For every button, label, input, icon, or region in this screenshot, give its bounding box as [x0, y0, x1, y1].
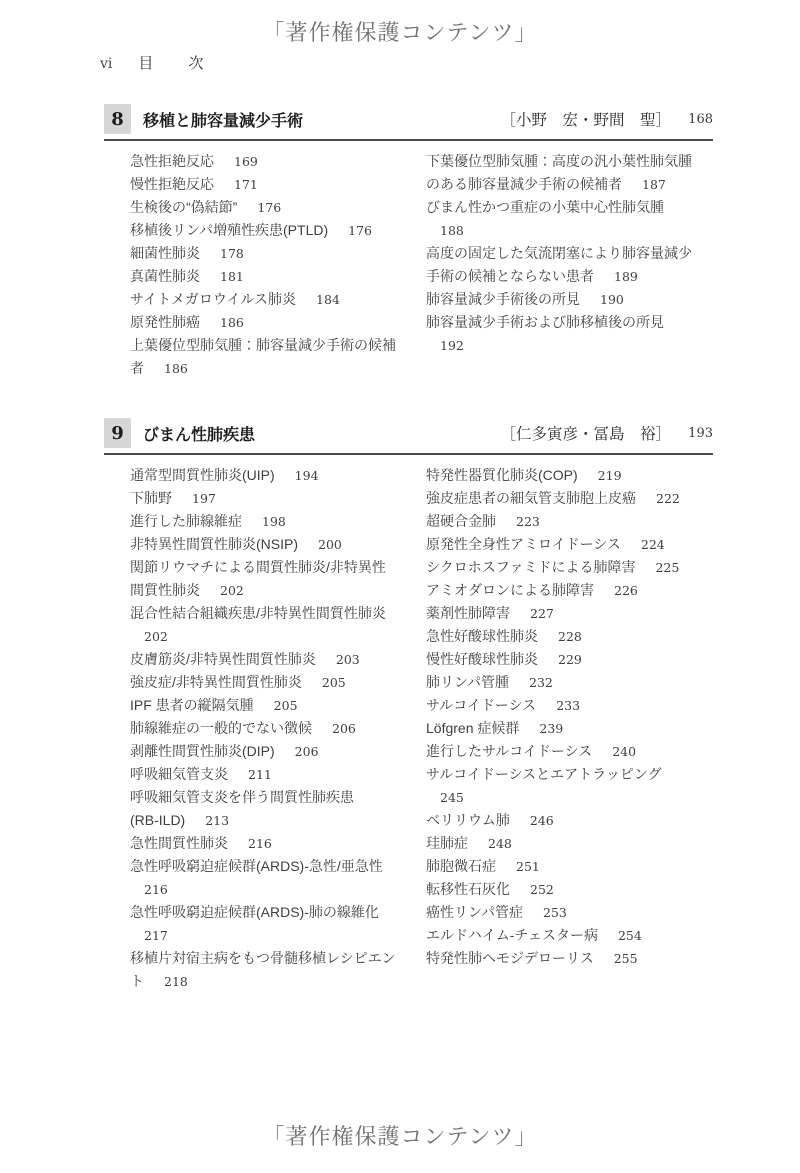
entry-title: 真菌性肺炎	[130, 268, 200, 284]
entry-page-number: 206	[332, 721, 356, 736]
entry-title: ト	[130, 973, 144, 989]
toc-entry: 強皮症患者の細気管支肺胞上皮癌222	[426, 487, 713, 510]
toc-entry: 癌性リンパ管症253	[426, 901, 713, 924]
entry-page-number: 202	[220, 583, 244, 598]
toc-entry: サイトメガロウイルス肺炎184	[130, 288, 420, 311]
entry-page-number: 218	[164, 974, 188, 989]
toc-entry: 混合性結合組織疾患/非特異性間質性肺炎	[130, 602, 420, 625]
entry-page-number: 203	[336, 652, 360, 667]
entry-title: びまん性かつ重症の小葉中心性肺気腫	[426, 199, 664, 215]
toc-entry: 202	[130, 625, 420, 648]
entry-page-number: 245	[440, 790, 464, 805]
toc-entry: Löfgren 症候群239	[426, 717, 713, 740]
entry-title: 高度の固定した気流閉塞により肺容量減少	[426, 245, 692, 261]
entry-page-number: 226	[614, 583, 638, 598]
entry-title: 肺容量減少手術後の所見	[426, 291, 580, 307]
entry-page-number: 200	[318, 537, 342, 552]
entry-page-number: 228	[558, 629, 582, 644]
entry-page-number: 176	[257, 200, 281, 215]
toc-entry: 慢性拒絶反応171	[130, 173, 420, 196]
toc-entry: 進行したサルコイドーシス240	[426, 740, 713, 763]
entry-title: 転移性石灰化	[426, 881, 510, 897]
toc-entry: 肺リンパ管腫232	[426, 671, 713, 694]
entry-page-number: 202	[144, 629, 168, 644]
entry-page-number: 178	[220, 246, 244, 261]
entry-title: 通常型間質性肺炎(UIP)	[130, 467, 275, 483]
toc-entry: 薬剤性肺障害227	[426, 602, 713, 625]
entry-title: アミオダロンによる肺障害	[426, 582, 594, 598]
toc-entry: 原発性肺癌186	[130, 311, 420, 334]
toc-entry: のある肺容量減少手術の候補者187	[426, 173, 713, 196]
entry-title: 者	[130, 360, 144, 376]
toc-entry: 移植後リンパ増殖性疾患(PTLD)176	[130, 219, 420, 242]
toc-entry: 下肺野197	[130, 487, 420, 510]
entry-title: 移植片対宿主病をもつ骨髄移植レシピエン	[130, 950, 396, 966]
toc-entry: 細菌性肺炎178	[130, 242, 420, 265]
entry-title: 進行した肺線維症	[130, 513, 242, 529]
entry-title: 薬剤性肺障害	[426, 605, 510, 621]
section-title: 移植と肺容量減少手術	[143, 108, 500, 131]
entry-page-number: 171	[234, 177, 258, 192]
entry-page-number: 251	[516, 859, 540, 874]
entry-title: 移植後リンパ増殖性疾患(PTLD)	[130, 222, 328, 238]
entry-page-number: 216	[144, 882, 168, 897]
toc-section: 8移植と肺容量減少手術［小野 宏・野間 聖］168急性拒絶反応169慢性拒絶反応…	[104, 104, 713, 380]
toc-entry: サルコイドーシス233	[426, 694, 713, 717]
entry-page-number: 186	[164, 361, 188, 376]
toc-entry: 者186	[130, 357, 420, 380]
entry-title: 呼吸細気管支炎	[130, 766, 228, 782]
entry-title: 間質性肺炎	[130, 582, 200, 598]
entry-page-number: 222	[656, 491, 680, 506]
entry-title: 肺胞微石症	[426, 858, 496, 874]
entry-title: 急性好酸球性肺炎	[426, 628, 538, 644]
section-columns: 通常型間質性肺炎(UIP)194下肺野197進行した肺線維症198非特異性間質性…	[104, 464, 713, 993]
toc-entry: 強皮症/非特異性間質性肺炎205	[130, 671, 420, 694]
toc-entry: 進行した肺線維症198	[130, 510, 420, 533]
entry-column-right: 下葉優位型肺気腫：高度の汎小葉性肺気腫のある肺容量減少手術の候補者187びまん性…	[426, 150, 713, 357]
entry-page-number: 176	[348, 223, 372, 238]
entry-title: 下肺野	[130, 490, 172, 506]
toc-entry: 188	[426, 219, 713, 242]
entry-title: サルコイドーシス	[426, 697, 536, 713]
entry-page-number: 224	[641, 537, 665, 552]
toc-entry: シクロホスファミドによる肺障害225	[426, 556, 713, 579]
entry-page-number: 189	[614, 269, 638, 284]
copyright-watermark-bottom: 「著作権保護コンテンツ」	[0, 1120, 800, 1151]
running-head: vi 目 次	[100, 52, 213, 73]
toc-entry: 呼吸細気管支炎211	[130, 763, 420, 786]
toc-entry: 生検後の“偽結節”176	[130, 196, 420, 219]
section-title: びまん性肺疾患	[143, 422, 500, 445]
entry-title: 呼吸細気管支炎を伴う間質性肺疾患	[130, 789, 354, 805]
toc-entry: サルコイドーシスとエアトラッピング	[426, 763, 713, 786]
toc-entry: 真菌性肺炎181	[130, 265, 420, 288]
entry-page-number: 223	[516, 514, 540, 529]
toc-entry: 通常型間質性肺炎(UIP)194	[130, 464, 420, 487]
entry-title: 慢性拒絶反応	[130, 176, 214, 192]
entry-title: 関節リウマチによる間質性肺炎/非特異性	[130, 559, 386, 575]
entry-page-number: 229	[558, 652, 582, 667]
toc-entry: 急性拒絶反応169	[130, 150, 420, 173]
entry-title: 強皮症/非特異性間質性肺炎	[130, 674, 302, 690]
toc-heading: 目 次	[138, 52, 213, 73]
entry-title: シクロホスファミドによる肺障害	[426, 559, 635, 575]
entry-page-number: 225	[655, 560, 679, 575]
entry-title: 珪肺症	[426, 835, 468, 851]
copyright-watermark-top: 「著作権保護コンテンツ」	[0, 16, 800, 47]
entry-page-number: 188	[440, 223, 464, 238]
toc-entry: 217	[130, 924, 420, 947]
toc-entry: 急性呼吸窮迫症候群(ARDS)-肺の線維化	[130, 901, 420, 924]
folio-number: vi	[100, 56, 112, 72]
entry-title: (RB-ILD)	[130, 812, 185, 828]
entry-title: ベリリウム肺	[426, 812, 510, 828]
section-start-page: 168	[671, 112, 713, 127]
entry-page-number: 233	[556, 698, 580, 713]
entry-page-number: 169	[234, 154, 258, 169]
toc-entry: エルドハイム-チェスター病254	[426, 924, 713, 947]
entry-page-number: 219	[598, 468, 622, 483]
section-header: 9びまん性肺疾患［仁多寅彦・冨島 裕］193	[104, 418, 713, 455]
entry-title: 生検後の“偽結節”	[130, 199, 237, 215]
toc-entry: 特発性器質化肺炎(COP)219	[426, 464, 713, 487]
entry-title: サイトメガロウイルス肺炎	[130, 291, 296, 307]
toc-entry: 非特異性間質性肺炎(NSIP)200	[130, 533, 420, 556]
entry-title: 原発性肺癌	[130, 314, 200, 330]
section-number: 8	[104, 104, 131, 134]
entry-title: 皮膚筋炎/非特異性間質性肺炎	[130, 651, 316, 667]
toc-entry: 急性好酸球性肺炎228	[426, 625, 713, 648]
toc-entry: 急性間質性肺炎216	[130, 832, 420, 855]
entry-title: 剥離性間質性肺炎(DIP)	[130, 743, 275, 759]
toc-entry: 192	[426, 334, 713, 357]
entry-column-left: 通常型間質性肺炎(UIP)194下肺野197進行した肺線維症198非特異性間質性…	[130, 464, 420, 993]
toc-entry: ベリリウム肺246	[426, 809, 713, 832]
toc-entry: 手術の候補とならない患者189	[426, 265, 713, 288]
entry-title: 上葉優位型肺気腫：肺容量減少手術の候補	[130, 337, 396, 353]
toc-entry: 間質性肺炎202	[130, 579, 420, 602]
entry-title: 肺線維症の一般的でない徴候	[130, 720, 312, 736]
entry-column-right: 特発性器質化肺炎(COP)219強皮症患者の細気管支肺胞上皮癌222超硬合金肺2…	[426, 464, 713, 970]
entry-page-number: 240	[612, 744, 636, 759]
entry-page-number: 205	[274, 698, 298, 713]
section-header: 8移植と肺容量減少手術［小野 宏・野間 聖］168	[104, 104, 713, 141]
entry-page-number: 211	[248, 767, 272, 782]
entry-page-number: 254	[618, 928, 642, 943]
entry-title: 非特異性間質性肺炎(NSIP)	[130, 536, 298, 552]
section-authors: ［小野 宏・野間 聖］	[500, 108, 671, 130]
toc-entry: IPF 患者の縦隔気腫205	[130, 694, 420, 717]
toc-entry: 245	[426, 786, 713, 809]
entry-title: 進行したサルコイドーシス	[426, 743, 592, 759]
toc-entry: 関節リウマチによる間質性肺炎/非特異性	[130, 556, 420, 579]
entry-title: 癌性リンパ管症	[426, 904, 523, 920]
entry-title: 原発性全身性アミロイドーシス	[426, 536, 621, 552]
toc-entry: 移植片対宿主病をもつ骨髄移植レシピエン	[130, 947, 420, 970]
section-authors: ［仁多寅彦・冨島 裕］	[500, 422, 671, 444]
toc-entry: 原発性全身性アミロイドーシス224	[426, 533, 713, 556]
toc-entry: 急性呼吸窮迫症候群(ARDS)-急性/亜急性	[130, 855, 420, 878]
entry-page-number: 232	[529, 675, 553, 690]
toc-entry: 慢性好酸球性肺炎229	[426, 648, 713, 671]
toc-page: 「著作権保護コンテンツ」 vi 目 次 8移植と肺容量減少手術［小野 宏・野間 …	[0, 0, 800, 1173]
entry-page-number: 184	[316, 292, 340, 307]
entry-title: のある肺容量減少手術の候補者	[426, 176, 622, 192]
toc-entry: 剥離性間質性肺炎(DIP)206	[130, 740, 420, 763]
entry-title: 混合性結合組織疾患/非特異性間質性肺炎	[130, 605, 386, 621]
entry-title: 強皮症患者の細気管支肺胞上皮癌	[426, 490, 636, 506]
entry-title: 手術の候補とならない患者	[426, 268, 594, 284]
toc-entry: 転移性石灰化252	[426, 878, 713, 901]
entry-title: 急性拒絶反応	[130, 153, 214, 169]
toc-entry: 216	[130, 878, 420, 901]
entry-page-number: 186	[220, 315, 244, 330]
entry-page-number: 192	[440, 338, 464, 353]
toc-entry: 呼吸細気管支炎を伴う間質性肺疾患	[130, 786, 420, 809]
toc-entry: 肺容量減少手術および肺移植後の所見	[426, 311, 713, 334]
entry-title: 肺容量減少手術および肺移植後の所見	[426, 314, 664, 330]
entry-page-number: 206	[295, 744, 319, 759]
entry-page-number: 252	[530, 882, 554, 897]
section-number: 9	[104, 418, 131, 448]
entry-title: 慢性好酸球性肺炎	[426, 651, 538, 667]
entry-title: 超硬合金肺	[426, 513, 496, 529]
toc-entry: 皮膚筋炎/非特異性間質性肺炎203	[130, 648, 420, 671]
toc-entry: 肺胞微石症251	[426, 855, 713, 878]
entry-title: 下葉優位型肺気腫：高度の汎小葉性肺気腫	[426, 153, 692, 169]
entry-title: 急性呼吸窮迫症候群(ARDS)-肺の線維化	[130, 904, 379, 920]
toc-entry: 珪肺症248	[426, 832, 713, 855]
entry-page-number: 239	[539, 721, 563, 736]
entry-title: Löfgren 症候群	[426, 720, 519, 736]
entry-page-number: 205	[322, 675, 346, 690]
toc-entry: ト218	[130, 970, 420, 993]
entry-title: 急性間質性肺炎	[130, 835, 228, 851]
toc-entry: (RB-ILD)213	[130, 809, 420, 832]
section-columns: 急性拒絶反応169慢性拒絶反応171生検後の“偽結節”176移植後リンパ増殖性疾…	[104, 150, 713, 380]
entry-title: 急性呼吸窮迫症候群(ARDS)-急性/亜急性	[130, 858, 383, 874]
entry-page-number: 197	[192, 491, 216, 506]
entry-title: 特発性器質化肺炎(COP)	[426, 467, 578, 483]
toc-entry: 肺線維症の一般的でない徴候206	[130, 717, 420, 740]
entry-page-number: 213	[205, 813, 229, 828]
toc-entry: びまん性かつ重症の小葉中心性肺気腫	[426, 196, 713, 219]
toc-entry: 下葉優位型肺気腫：高度の汎小葉性肺気腫	[426, 150, 713, 173]
toc-section: 9びまん性肺疾患［仁多寅彦・冨島 裕］193通常型間質性肺炎(UIP)194下肺…	[104, 418, 713, 993]
toc-entry: 超硬合金肺223	[426, 510, 713, 533]
entry-title: 特発性肺ヘモジデローリス	[426, 950, 594, 966]
entry-page-number: 253	[543, 905, 567, 920]
toc-entry: 上葉優位型肺気腫：肺容量減少手術の候補	[130, 334, 420, 357]
entry-page-number: 246	[530, 813, 554, 828]
entry-title: エルドハイム-チェスター病	[426, 927, 598, 943]
entry-page-number: 187	[642, 177, 666, 192]
entry-page-number: 227	[530, 606, 554, 621]
entry-page-number: 190	[600, 292, 624, 307]
entry-page-number: 181	[220, 269, 244, 284]
entry-title: 細菌性肺炎	[130, 245, 200, 261]
entry-page-number: 194	[295, 468, 319, 483]
entry-page-number: 198	[262, 514, 286, 529]
entry-page-number: 248	[488, 836, 512, 851]
toc-entry: 肺容量減少手術後の所見190	[426, 288, 713, 311]
entry-page-number: 217	[144, 928, 168, 943]
entry-title: サルコイドーシスとエアトラッピング	[426, 766, 662, 782]
entry-title: IPF 患者の縦隔気腫	[130, 697, 254, 713]
entry-column-left: 急性拒絶反応169慢性拒絶反応171生検後の“偽結節”176移植後リンパ増殖性疾…	[130, 150, 420, 380]
toc-entry: アミオダロンによる肺障害226	[426, 579, 713, 602]
section-start-page: 193	[671, 426, 713, 441]
entry-page-number: 216	[248, 836, 272, 851]
toc-entry: 高度の固定した気流閉塞により肺容量減少	[426, 242, 713, 265]
toc-entry: 特発性肺ヘモジデローリス255	[426, 947, 713, 970]
entry-title: 肺リンパ管腫	[426, 674, 509, 690]
entry-page-number: 255	[614, 951, 638, 966]
